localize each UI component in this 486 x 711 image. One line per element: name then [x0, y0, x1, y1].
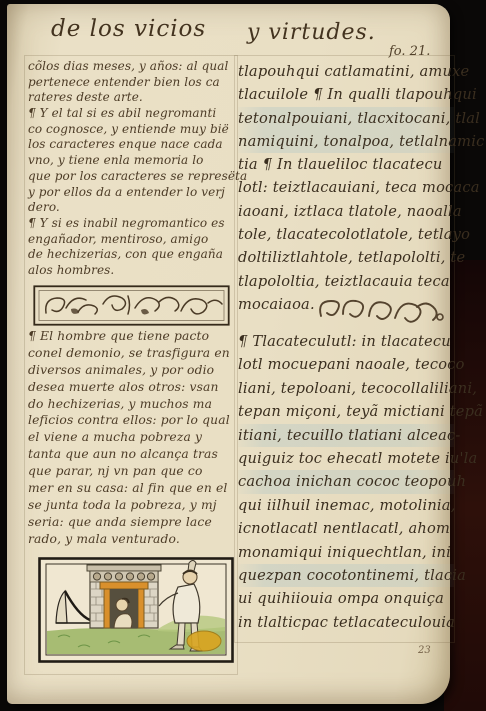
text-line: do hechizerias, y muchos ma — [28, 396, 236, 413]
text-line: seria: que anda siempre lace — [28, 514, 236, 531]
text-line: tole, tlacatecolotlatole, tetlayo — [238, 223, 454, 246]
text-line: tlapololtia, teiztlacauia teca — [238, 270, 454, 293]
text-line: qui iilhuil inemac, motolinia, — [238, 494, 454, 517]
text-line: alos hombres. — [28, 263, 236, 279]
text-line: diversos animales, y por odio — [28, 362, 236, 379]
text-line: ¶ Y si es inabil negromantico es — [28, 216, 236, 232]
text-line: iaoani, iztlaca tlatole, naoalla — [238, 200, 454, 223]
text-line: conel demonio, se trasfigura en — [28, 345, 236, 362]
text-line: ¶ Tlacateculutl: in tlacatecu — [238, 330, 454, 353]
left-column-upper-text: cõlos dias meses, y años: al qual perten… — [28, 59, 236, 279]
text-line: doltiliztlahtole, tetlapololti, te — [238, 246, 454, 269]
text-line: dero. — [28, 200, 236, 216]
running-title-right: y virtudes. — [247, 20, 376, 45]
right-column-upper-text: tlapouhqui catlamatini, amuxe tlacuilole… — [238, 60, 454, 316]
text-line: tlapouhqui catlamatini, amuxe — [238, 60, 454, 83]
text-line: rado, y mala venturado. — [28, 531, 236, 548]
text-line: mer en su casa: al fin que en el — [28, 480, 236, 497]
text-line: lotl: teiztlacauiani, teca mocaca — [238, 176, 454, 199]
text-line: rateres deste arte. — [28, 90, 236, 106]
text-line: leficios contra ellos: por lo qual — [28, 412, 236, 429]
folio-number: fo. 21. — [389, 44, 430, 59]
right-column-lower-text: ¶ Tlacateculutl: in tlacatecu lotl mocue… — [238, 330, 454, 634]
manuscript-page: de los vicios y virtudes. fo. 21. cõlos … — [7, 4, 450, 704]
text-line: monamiqui iniquechtlan, ini — [238, 541, 454, 564]
text-line: y por ellos da a entender lo verj — [28, 185, 236, 201]
manuscript-photo: { "header": { "title_left": "de los vici… — [0, 0, 486, 711]
text-line: tlacuilole ¶ In qualli tlapouhqui — [238, 83, 454, 106]
scroll-flourish-icon — [313, 293, 453, 327]
text-line: desea muerte alos otros: vsan — [28, 379, 236, 396]
text-line: los caracteres enque nace cada — [28, 137, 236, 153]
text-line: tia ¶ In tlaueliloc tlacatecu — [238, 153, 454, 176]
scrollwork-band-ornament — [33, 285, 230, 326]
text-line: tanta que aun no alcança tras — [28, 446, 236, 463]
text-line: ui quihiiouia ompa onquiça — [238, 587, 454, 610]
text-line: quiguiz toc ehecatl motete iu'la — [238, 447, 454, 470]
text-line: cachoa inichan cococ teopouh — [238, 470, 454, 493]
text-line: namiquini, tonalpoa, tetlalnamic — [238, 130, 454, 153]
text-line: tepan miçoni, teyã mictiani tepã — [238, 400, 454, 423]
text-line: co cognosce, y entiende muy bië — [28, 122, 236, 138]
text-line: ¶ Y el tal si es abil negromanti — [28, 106, 236, 122]
text-line: quezpan cocotontinemi, tlacia — [238, 564, 454, 587]
text-line: icnotlacatl nentlacatl, ahom — [238, 517, 454, 540]
text-line: se junta toda la pobreza, y mj — [28, 497, 236, 514]
left-column-lower-text: ¶ El hombre que tiene pacto conel demoni… — [28, 328, 236, 548]
text-line: de hechizerias, con que engaña — [28, 247, 236, 263]
text-line: itiani, tecuillo tlatiani alceac- — [238, 424, 454, 447]
text-line: liani, tepoloani, tecocollaliliani, — [238, 377, 454, 400]
text-line: tetonalpouiani, tlacxitocani, tlal — [238, 107, 454, 130]
text-line: cõlos dias meses, y años: al qual — [28, 59, 236, 75]
text-line: pertenece entender bien los ca — [28, 75, 236, 91]
text-line: que parar, nj vn pan que co — [28, 463, 236, 480]
text-line: vno, y tiene enla memoria lo — [28, 153, 236, 169]
running-title-left: de los vicios — [51, 16, 206, 42]
text-line: lotl mocuepani naoale, tecoco — [238, 353, 454, 376]
text-line: engañador, mentiroso, amigo — [28, 232, 236, 248]
text-line: que por los caracteres se represëta — [28, 169, 236, 185]
figure-at-stone-house-miniature — [38, 557, 234, 663]
text-line: in tlalticpac tetlacateculouia — [238, 611, 454, 634]
page-number: 23 — [418, 645, 431, 656]
text-line: el viene a mucha pobreza y — [28, 429, 236, 446]
text-line: ¶ El hombre que tiene pacto — [28, 328, 236, 345]
